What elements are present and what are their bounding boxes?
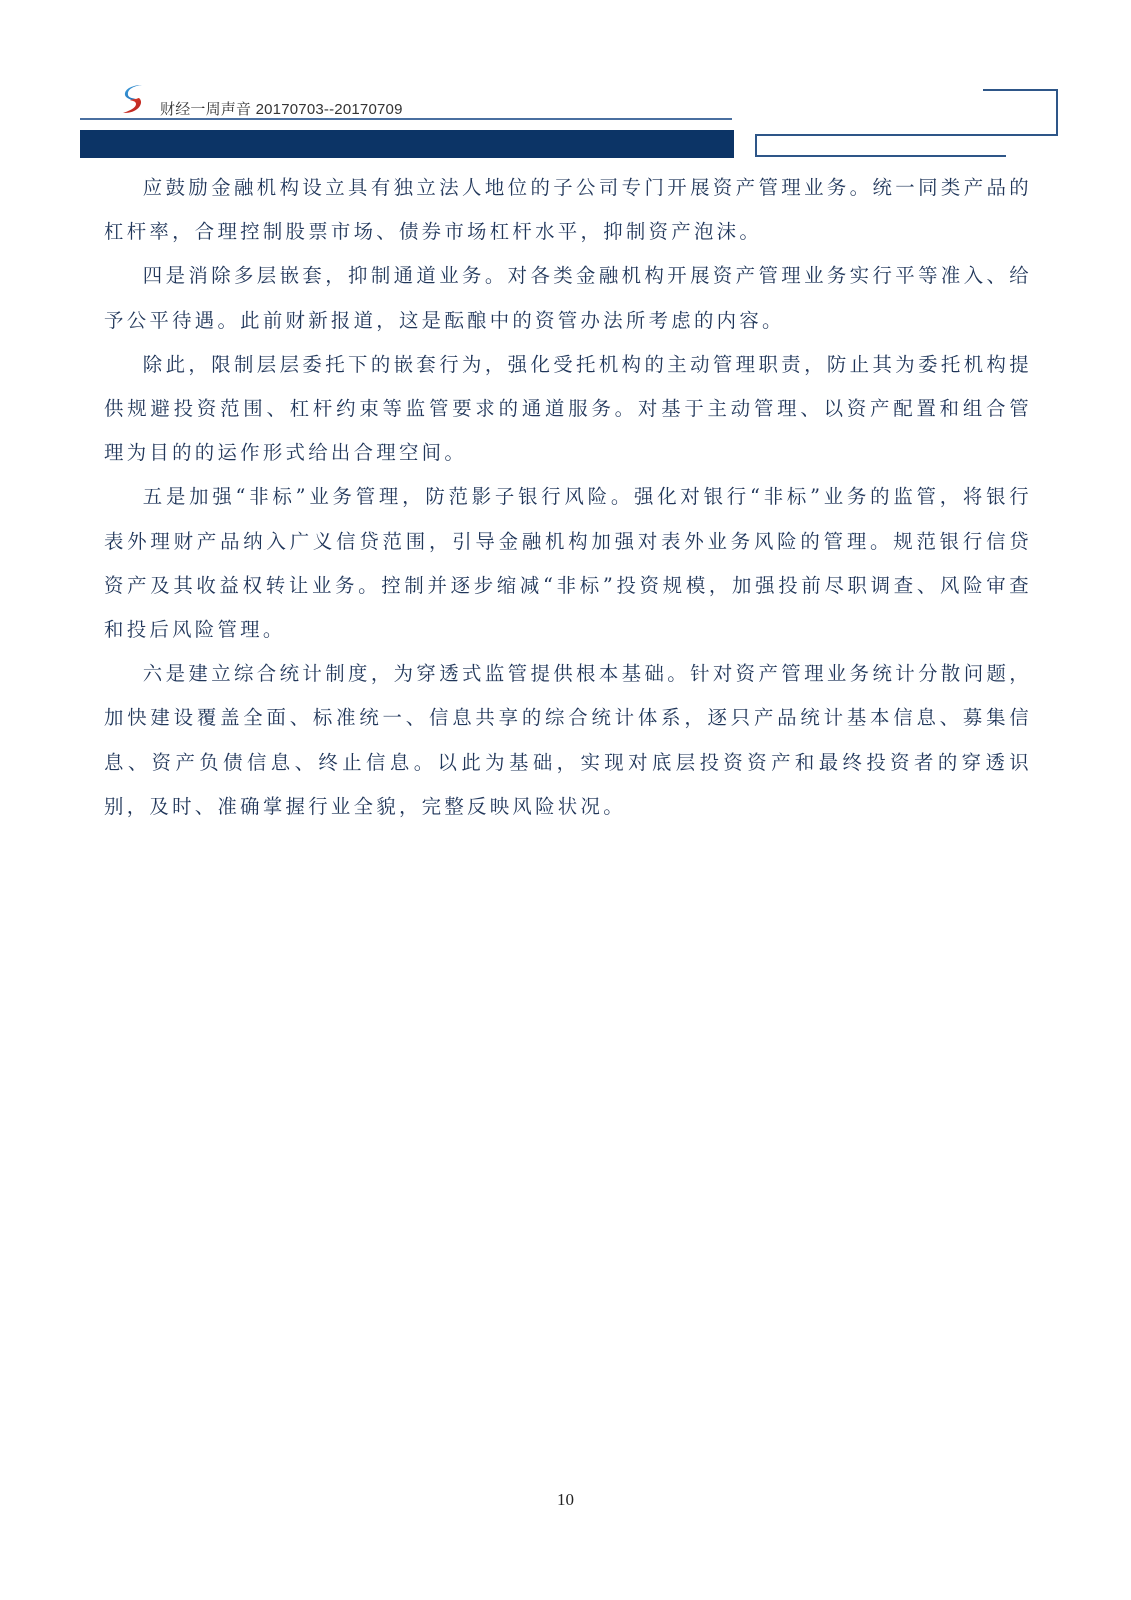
header-thin-rule: [80, 118, 732, 120]
header-frame-line: [755, 134, 757, 156]
page-header: 财经一周声音 20170703--20170709: [0, 0, 1131, 160]
header-dark-bar: [80, 130, 734, 158]
report-title: 财经一周声音 20170703--20170709: [160, 98, 403, 119]
paragraph: 五是加强“非标”业务管理，防范影子银行风险。强化对银行“非标”业务的监管，将银行…: [104, 475, 1032, 652]
header-frame-line: [755, 155, 1006, 157]
paragraph: 应鼓励金融机构设立具有独立法人地位的子公司专门开展资产管理业务。统一同类产品的杠…: [104, 166, 1032, 254]
page-number: 10: [0, 1490, 1131, 1510]
paragraph: 除此，限制层层委托下的嵌套行为，强化受托机构的主动管理职责，防止其为委托机构提供…: [104, 343, 1032, 476]
paragraph: 四是消除多层嵌套，抑制通道业务。对各类金融机构开展资产管理业务实行平等准入、给予…: [104, 254, 1032, 342]
header-frame-line: [757, 134, 1058, 136]
swirl-s-logo-icon: [120, 84, 148, 114]
header-frame-line: [1056, 89, 1058, 136]
paragraph: 六是建立综合统计制度，为穿透式监管提供根本基础。针对资产管理业务统计分散问题，加…: [104, 652, 1032, 829]
document-body: 应鼓励金融机构设立具有独立法人地位的子公司专门开展资产管理业务。统一同类产品的杠…: [104, 166, 1032, 829]
header-frame-line: [983, 89, 1058, 91]
